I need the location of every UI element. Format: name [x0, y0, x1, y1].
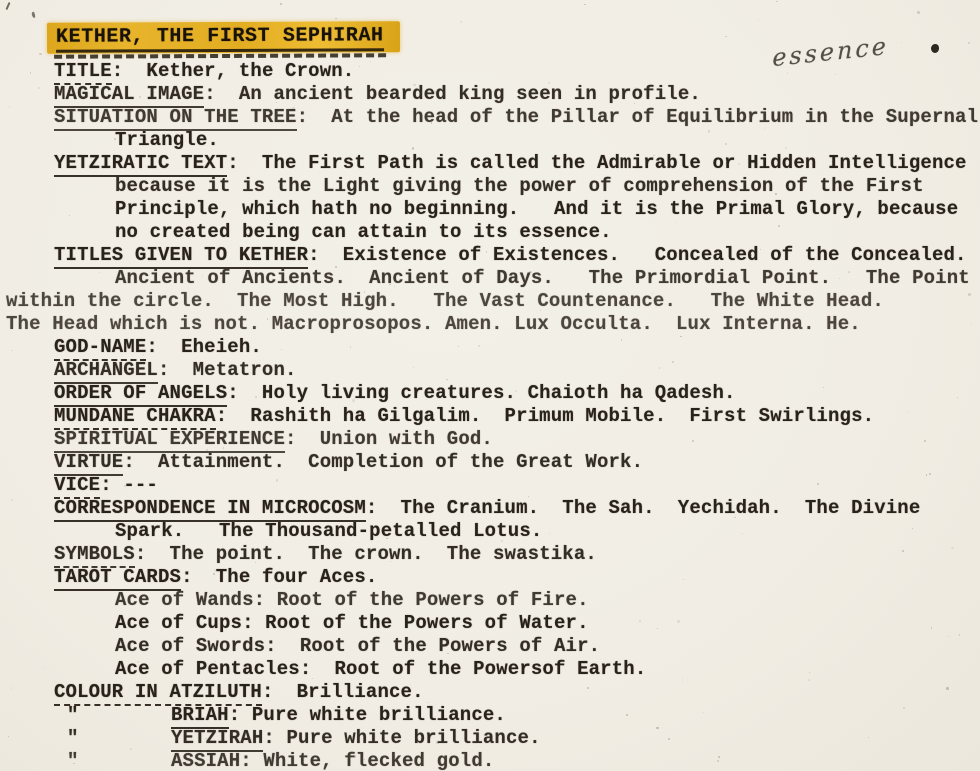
field-text: : The four Aces.	[181, 566, 377, 588]
field-label: GOD-NAME	[54, 336, 146, 361]
document-line: GOD-NAME: Eheieh.	[54, 336, 980, 359]
field-text: : Kether, the Crown.	[112, 60, 355, 82]
field-text: : An ancient bearded king seen in profil…	[204, 83, 701, 105]
field-text: : Eheieh.	[146, 336, 262, 358]
field-label: VICE	[54, 474, 100, 499]
document-line: TITLES GIVEN TO KETHER: Existence of Exi…	[54, 244, 980, 267]
field-label: TAROT CARDS	[54, 566, 181, 591]
field-text: within the circle. The Most High. The Va…	[6, 290, 884, 312]
document-line: " BRIAH: Pure white brilliance.	[67, 704, 980, 727]
field-label: VIRTUE	[54, 451, 123, 476]
document-line: Ancient of Ancients. Ancient of Days. Th…	[115, 267, 980, 290]
field-text: : Metatron.	[158, 359, 297, 381]
document-line: SITUATION ON THE TREE: At the head of th…	[54, 106, 980, 129]
field-text: Ace of Cups: Root of the Powers of Water…	[115, 612, 589, 634]
document-line: CORRESPONDENCE IN MICROCOSM: The Cranium…	[54, 497, 980, 520]
document-line: " ASSIAH: White, flecked gold.	[67, 750, 980, 771]
field-text: Ace of Wands: Root of the Powers of Fire…	[115, 589, 589, 611]
field-text: : The point. The crown. The swastika.	[135, 543, 597, 565]
field-label: MUNDANE CHAKRA	[54, 405, 216, 430]
field-text: Ace of Pentacles: Root of the Powersof E…	[115, 658, 646, 680]
field-label: TITLE	[54, 60, 112, 85]
document-body: TITLE: Kether, the Crown.MAGICAL IMAGE: …	[54, 60, 980, 771]
field-text: : Pure white brilliance.	[229, 704, 506, 726]
field-text: no created being can attain to its essen…	[115, 221, 612, 243]
document-line: because it is the Light giving the power…	[115, 175, 980, 198]
field-label: SYMBOLS	[54, 543, 135, 568]
document-line: ARCHANGEL: Metatron.	[54, 359, 980, 382]
field-text: : Rashith ha Gilgalim. Primum Mobile. Fi…	[216, 405, 874, 427]
field-text: : Existence of Existences. Concealed of …	[308, 244, 966, 266]
field-text: : ---	[100, 474, 158, 496]
field-label: COLOUR IN ATZILUTH	[54, 681, 262, 706]
document-line: Ace of Swords: Root of the Powers of Air…	[115, 635, 980, 658]
field-text: : Pure white brilliance.	[263, 727, 540, 749]
field-label: ORDER OF ANGELS	[54, 382, 227, 407]
document-line: Ace of Wands: Root of the Powers of Fire…	[115, 589, 980, 612]
document-line: Ace of Cups: Root of the Powers of Water…	[115, 612, 980, 635]
field-label: MAGICAL IMAGE	[54, 83, 204, 108]
document-line: YETZIRATIC TEXT: The First Path is calle…	[54, 152, 980, 175]
field-label: TITLES GIVEN TO KETHER	[54, 244, 308, 269]
document-line: VICE: ---	[54, 474, 980, 497]
field-text: Triangle.	[115, 129, 219, 151]
document-line: SPIRITUAL EXPERIENCE: Union with God.	[54, 428, 980, 451]
field-text: Ancient of Ancients. Ancient of Days. Th…	[115, 267, 970, 289]
document-line: within the circle. The Most High. The Va…	[6, 290, 980, 313]
document-line: MUNDANE CHAKRA: Rashith ha Gilgalim. Pri…	[54, 405, 980, 428]
field-text: : The Cranium. The Sah. Yechidah. The Di…	[366, 497, 921, 519]
field-text: : The First Path is called the Admirable…	[227, 152, 966, 174]
document-line: ORDER OF ANGELS: Holy living creatures. …	[54, 382, 980, 405]
field-text: Ace of Swords: Root of the Powers of Air…	[115, 635, 600, 657]
ditto-mark: "	[67, 750, 171, 771]
field-label: ASSIAH	[171, 750, 240, 771]
field-label: YETZIRATIC TEXT	[54, 152, 227, 177]
page-title: KETHER, THE FIRST SEPHIRAH	[56, 24, 384, 52]
field-label: ARCHANGEL	[54, 359, 158, 384]
ink-dot	[931, 44, 939, 53]
document-line: no created being can attain to its essen…	[115, 221, 980, 244]
document-line: Principle, which hath no beginning. And …	[115, 198, 980, 221]
field-label: BRIAH	[171, 704, 229, 729]
ditto-mark: "	[67, 727, 171, 749]
document-title-row: KETHER, THE FIRST SEPHIRAH	[47, 22, 400, 53]
field-text: : Brilliance.	[262, 681, 424, 703]
document-line: TITLE: Kether, the Crown.	[54, 60, 980, 83]
document-line: Triangle.	[115, 129, 980, 152]
document-line: " YETZIRAH: Pure white brilliance.	[67, 727, 980, 750]
document-line: SYMBOLS: The point. The crown. The swast…	[54, 543, 980, 566]
field-text: : Union with God.	[285, 428, 493, 450]
field-label: SITUATION ON THE TREE	[54, 106, 297, 131]
title-underline	[54, 53, 386, 58]
ditto-mark: "	[67, 704, 171, 726]
field-text: Principle, which hath no beginning. And …	[115, 198, 958, 220]
field-label: YETZIRAH	[171, 727, 263, 752]
document-line: COLOUR IN ATZILUTH: Brilliance.	[54, 681, 980, 704]
field-text: The Head which is not. Macroprosopos. Am…	[6, 313, 861, 335]
field-text: : White, flecked gold.	[240, 750, 494, 771]
field-label: SPIRITUAL EXPERIENCE	[54, 428, 285, 453]
document-line: VIRTUE: Attainment. Completion of the Gr…	[54, 451, 980, 474]
scanned-document-page: KETHER, THE FIRST SEPHIRAH essence TITLE…	[0, 0, 980, 771]
field-text: : At the head of the Pillar of Equilibri…	[297, 106, 979, 128]
document-line: TAROT CARDS: The four Aces.	[54, 566, 980, 589]
field-text: Spark. The Thousand-petalled Lotus.	[115, 520, 542, 542]
field-text: : Attainment. Completion of the Great Wo…	[123, 451, 643, 473]
field-label: CORRESPONDENCE IN MICROCOSM	[54, 497, 366, 522]
document-line: MAGICAL IMAGE: An ancient bearded king s…	[54, 83, 980, 106]
field-text: because it is the Light giving the power…	[115, 175, 924, 197]
document-line: Spark. The Thousand-petalled Lotus.	[115, 520, 980, 543]
document-line: The Head which is not. Macroprosopos. Am…	[6, 313, 980, 336]
scan-artifact-mark	[5, 2, 10, 10]
document-line: Ace of Pentacles: Root of the Powersof E…	[115, 658, 980, 681]
scan-artifact-mark	[31, 12, 36, 19]
highlight-marker: KETHER, THE FIRST SEPHIRAH	[47, 21, 400, 54]
field-text: : Holy living creatures. Chaioth ha Qade…	[227, 382, 735, 404]
